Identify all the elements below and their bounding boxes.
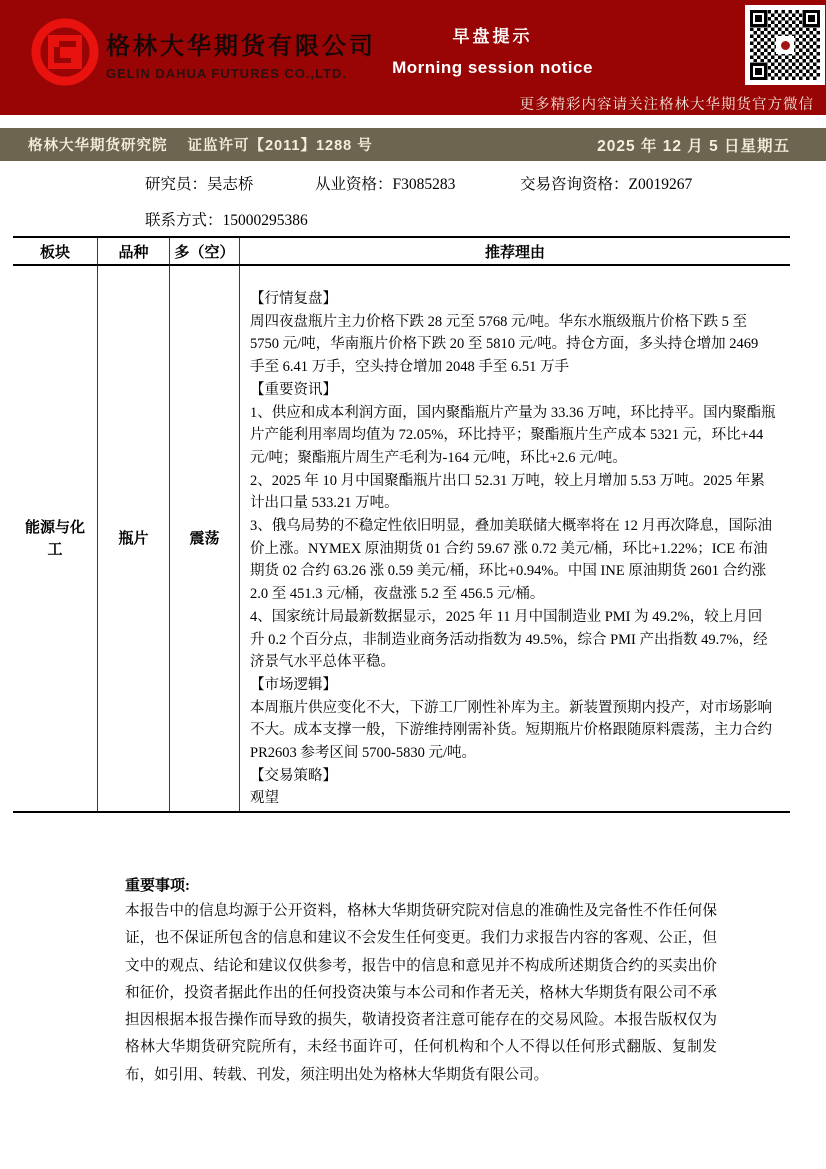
col-header-variety: 品种: [98, 238, 170, 264]
table-row: 能源与化工 瓶片 震荡 【行情复盘】 周四夜盘瓶片主力价格下跌 28 元至 57…: [13, 266, 790, 811]
institute-name: 格林大华期货研究院: [28, 134, 168, 155]
qr-pattern: [750, 10, 820, 80]
cell-reason: 【行情复盘】 周四夜盘瓶片主力价格下跌 28 元至 5768 元/吨。华东水瓶级…: [240, 266, 790, 811]
reason-section-news-header: 【重要资讯】: [250, 379, 776, 402]
researcher-line-1: 研究员：吴志桥 从业资格：F3085283 交易咨询资格：Z0019267: [145, 172, 692, 194]
wechat-follow-note: 更多精彩内容请关注格林大华期货官方微信: [520, 93, 815, 114]
disclaimer: 重要事项: 本报告中的信息均源于公开资料，格林大华期货研究院对信息的准确性及完备…: [125, 874, 717, 1089]
reason-section-logic-header: 【市场逻辑】: [250, 674, 776, 697]
wechat-qr-code: [745, 5, 825, 85]
company-logo-icon: [30, 17, 100, 87]
researcher-qualification: 从业资格：F3085283: [315, 172, 520, 194]
reason-paragraph: 周四夜盘瓶片主力价格下跌 28 元至 5768 元/吨。华东水瓶级瓶片价格下跌 …: [250, 311, 776, 379]
researcher-info: 研究员：吴志桥 从业资格：F3085283 交易咨询资格：Z0019267 联系…: [145, 172, 692, 230]
reason-paragraph: 观望: [250, 787, 776, 810]
company-name-en: GELIN DAHUA FUTURES CO.,LTD.: [106, 66, 376, 81]
license-number: 证监许可【2011】1288 号: [188, 134, 373, 155]
qr-finder-icon: [750, 63, 767, 80]
col-header-direction: 多（空）: [170, 238, 240, 264]
qr-finder-icon: [750, 10, 767, 27]
report-title-en: Morning session notice: [385, 58, 600, 78]
reason-paragraph: 3、俄乌局势的不稳定性依旧明显，叠加美联储大概率将在 12 月再次降息，国际油价…: [250, 515, 776, 606]
researcher-name: 研究员：吴志桥: [145, 172, 315, 194]
report-title-cn: 早盘提示: [385, 22, 600, 47]
col-header-reason: 推荐理由: [240, 238, 790, 264]
cell-sector: 能源与化工: [13, 266, 98, 811]
company-name-cn: 格林大华期货有限公司: [106, 26, 376, 61]
company-name: 格林大华期货有限公司 GELIN DAHUA FUTURES CO.,LTD.: [106, 26, 376, 81]
reason-paragraph: 2、2025 年 10 月中国聚酯瓶片出口 52.31 万吨，较上月增加 5.5…: [250, 470, 776, 515]
cell-direction: 震荡: [170, 266, 240, 811]
researcher-contact: 联系方式：15000295386: [145, 208, 692, 230]
masthead: 格林大华期货有限公司 GELIN DAHUA FUTURES CO.,LTD. …: [0, 0, 826, 115]
researcher-consulting-qualification: 交易咨询资格：Z0019267: [520, 172, 692, 194]
col-header-sector: 板块: [13, 238, 98, 264]
qr-center-logo-icon: [776, 36, 794, 54]
disclaimer-title: 重要事项:: [125, 874, 717, 895]
reason-paragraph: 1、供应和成本利润方面，国内聚酯瓶片产量为 33.36 万吨，环比持平。国内聚酯…: [250, 402, 776, 470]
recommendation-table: 板块 品种 多（空） 推荐理由 能源与化工 瓶片 震荡 【行情复盘】 周四夜盘瓶…: [13, 236, 790, 813]
reason-paragraph: 本周瓶片供应变化不大，下游工厂刚性补库为主。新装置预期内投产，对市场影响不大。成…: [250, 697, 776, 765]
reason-paragraph: 4、国家统计局最新数据显示，2025 年 11 月中国制造业 PMI 为 49.…: [250, 606, 776, 674]
institute-bar: 格林大华期货研究院 证监许可【2011】1288 号 2025 年 12 月 5…: [0, 128, 826, 161]
morning-notice-page: 格林大华期货有限公司 GELIN DAHUA FUTURES CO.,LTD. …: [0, 0, 826, 1169]
table-header-row: 板块 品种 多（空） 推荐理由: [13, 238, 790, 266]
report-date: 2025 年 12 月 5 日星期五: [597, 134, 790, 156]
disclaimer-body: 本报告中的信息均源于公开资料，格林大华期货研究院对信息的准确性及完备性不作任何保…: [125, 898, 717, 1089]
reason-section-review-header: 【行情复盘】: [250, 288, 776, 311]
report-title: 早盘提示 Morning session notice: [385, 22, 600, 78]
qr-finder-icon: [803, 10, 820, 27]
cell-variety: 瓶片: [98, 266, 170, 811]
institute-info: 格林大华期货研究院 证监许可【2011】1288 号: [28, 134, 373, 155]
reason-section-strategy-header: 【交易策略】: [250, 765, 776, 788]
